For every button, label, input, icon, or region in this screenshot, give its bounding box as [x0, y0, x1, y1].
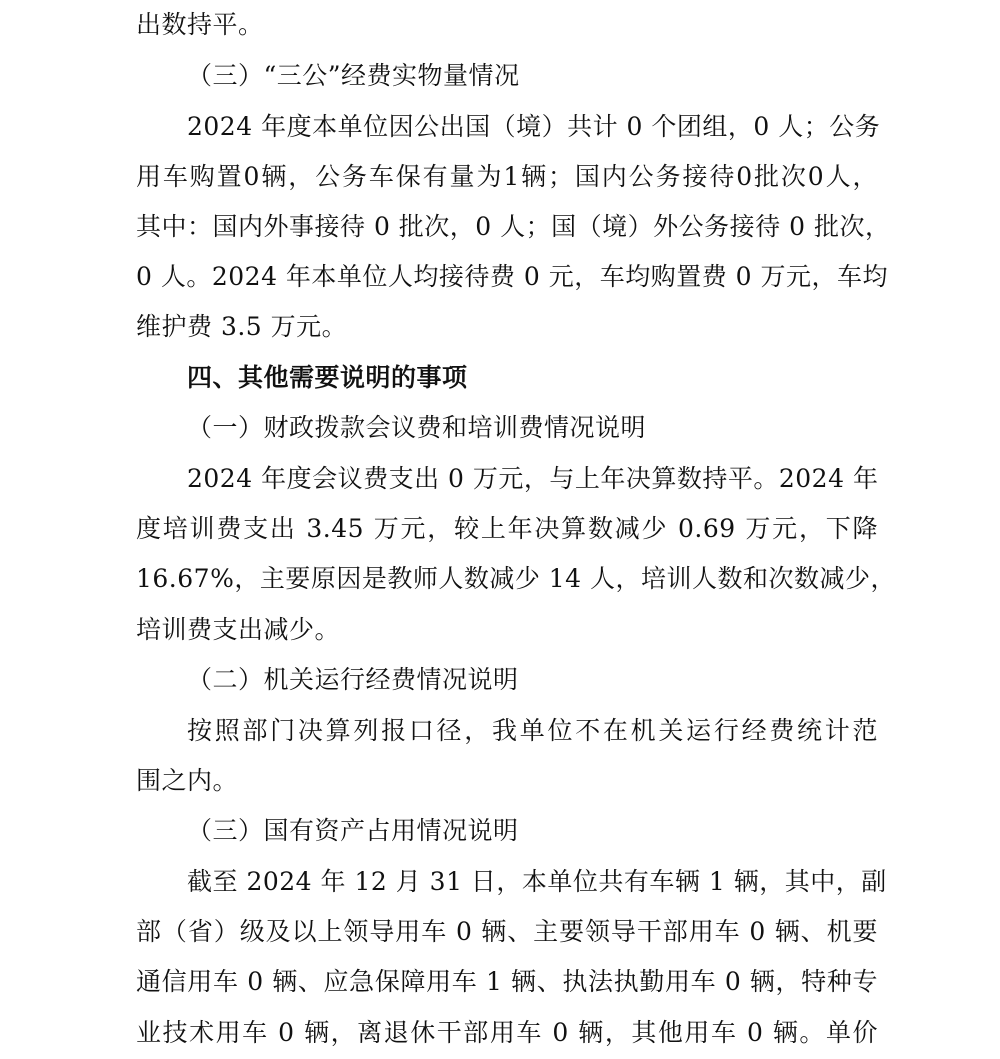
paragraph-line: 维护费 3.5 万元。	[136, 307, 878, 347]
section-subheading-state-assets: （三）国有资产占用情况说明	[187, 811, 519, 851]
paragraph-line: 其中：国内外事接待 0 批次，0 人；国（境）外公务接待 0 批次，	[136, 207, 878, 247]
paragraph-line: 出数持平。	[136, 5, 878, 45]
paragraph-line: 16.67%，主要原因是教师人数减少 14 人，培训人数和次数减少，	[136, 559, 878, 599]
section-heading-other-matters: 四、其他需要说明的事项	[187, 358, 468, 398]
paragraph-line: 培训费支出减少。	[136, 610, 878, 650]
paragraph-line: 2024 年度本单位因公出国（境）共计 0 个团组，0 人；公务	[187, 107, 878, 147]
paragraph-line: 2024 年度会议费支出 0 万元，与上年决算数持平。2024 年	[187, 459, 878, 499]
section-subheading-operating-costs: （二）机关运行经费情况说明	[187, 660, 519, 700]
paragraph-line: 业技术用车 0 辆，离退休干部用车 0 辆，其他用车 0 辆。单价	[136, 1013, 878, 1053]
paragraph-line: 部（省）级及以上领导用车 0 辆、主要领导干部用车 0 辆、机要	[136, 912, 878, 952]
document-page: 出数持平。 （三）“三公”经费实物量情况 2024 年度本单位因公出国（境）共计…	[0, 0, 1000, 1059]
paragraph-line: 0 人。2024 年本单位人均接待费 0 元，车均购置费 0 万元，车均	[136, 257, 878, 297]
section-subheading-three-public: （三）“三公”经费实物量情况	[187, 56, 520, 96]
paragraph-line: 按照部门决算列报口径，我单位不在机关运行经费统计范	[187, 711, 878, 751]
paragraph-line: 截至 2024 年 12 月 31 日，本单位共有车辆 1 辆，其中，副	[187, 862, 878, 902]
paragraph-line: 围之内。	[136, 761, 878, 801]
paragraph-line: 通信用车 0 辆、应急保障用车 1 辆、执法执勤用车 0 辆，特种专	[136, 962, 878, 1002]
paragraph-line: 用车购置0辆，公务车保有量为1辆；国内公务接待0批次0人，	[136, 157, 878, 197]
paragraph-line: 度培训费支出 3.45 万元，较上年决算数减少 0.69 万元，下降	[136, 509, 878, 549]
section-subheading-meeting-training: （一）财政拨款会议费和培训费情况说明	[187, 408, 646, 448]
